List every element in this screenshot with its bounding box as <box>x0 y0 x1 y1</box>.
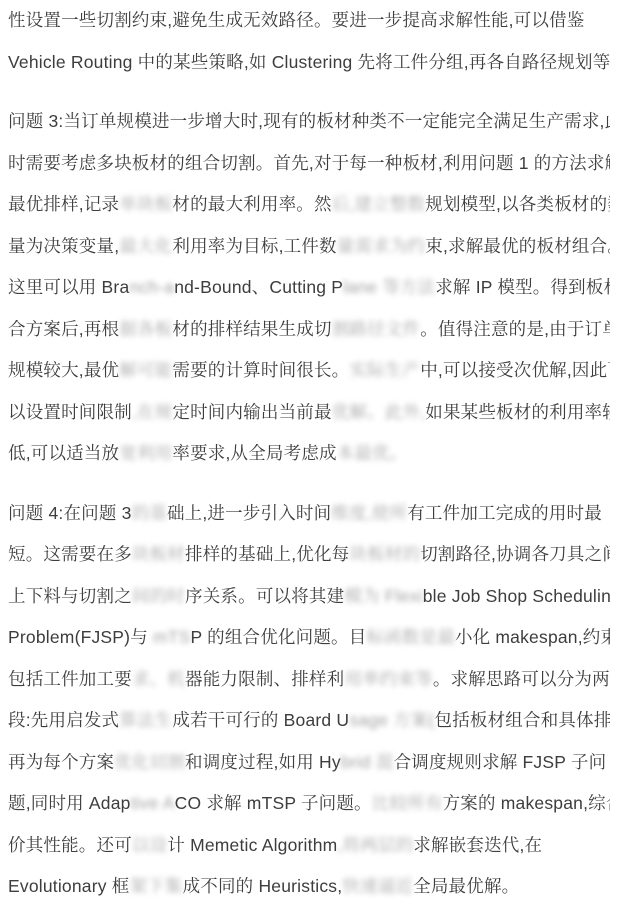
redacted-segment: ,将两层的 <box>337 835 413 855</box>
text-segment: 这里可以用 Bra <box>8 277 129 297</box>
redacted-segment: 算法生 <box>119 710 172 730</box>
text-segment: ble Job Shop Scheduling <box>423 586 610 606</box>
text-segment: 价其性能。还可 <box>8 835 132 855</box>
text-segment: 成若干可行的 Board U <box>172 710 349 730</box>
text-line: 短。这需要在多块板材排样的基础上,优化每块板材的切割路径,协调各刀具之间、 <box>8 534 610 576</box>
text-segment: 全局最优解。 <box>413 876 519 896</box>
text-segment: 础上,进一步引入时间 <box>167 503 331 523</box>
text-segment: 规模较大,最优 <box>8 360 119 380</box>
redacted-segment: 架下集 <box>129 876 182 896</box>
redacted-segment: 块板材的 <box>349 544 420 564</box>
text-segment: 合方案后,再根 <box>8 319 119 339</box>
text-segment: 性设置一些切割约束,避免生成无效路径。要进一步提高求解性能,可以借鉴 <box>8 10 585 30</box>
redacted-segment: 后,建立整数 <box>332 194 426 214</box>
text-segment: 中,可以接受次优解,因此可 <box>420 360 610 380</box>
redacted-segment: 模为 Flexi <box>344 586 422 606</box>
redacted-segment: sage 方案( <box>349 710 434 730</box>
text-segment: 低,可以适当放 <box>8 443 119 463</box>
text-segment: 问题 3:当订单规模进一步增大时,现有的板材种类不一定能完全满足生产需求,此 <box>8 111 610 131</box>
text-segment: 包括板材组合和具体排样); <box>435 710 611 730</box>
text-line: 低,可以适当放宽利用率要求,从全局考虑成本最优。 <box>8 433 610 475</box>
text-line: 以设置时间限制,在规定时间内输出当前最优解。此外,如果某些板材的利用率较 <box>8 392 610 434</box>
redacted-segment: 间的时 <box>132 586 185 606</box>
text-segment: 时需要考虑多块板材的组合切割。首先,对于每一种板材,利用问题 1 的方法求解 <box>8 153 610 173</box>
text-segment: 如果某些板材的利用率较 <box>425 402 610 422</box>
text-line: 合方案后,再根据各板材的排样结果生成切割路径文件。值得注意的是,由于订单 <box>8 309 610 351</box>
text-segment: 切割路径,协调各刀具之间、 <box>420 544 610 564</box>
text-line: Problem(FJSP)与 mTSP 的组合优化问题。目标函数是最小化 mak… <box>8 617 610 659</box>
redacted-segment: brid 混 <box>341 752 394 772</box>
redacted-segment: 以设 <box>132 835 167 855</box>
redacted-segment: 维度,使所 <box>331 503 407 523</box>
text-segment: Problem(FJSP)与 <box>8 627 148 647</box>
text-segment: 方案的 makespan,综合评 <box>443 793 610 813</box>
redacted-segment: 比较所有 <box>372 793 443 813</box>
text-segment: 以设置时间限制 <box>8 402 132 422</box>
text-segment: 序关系。可以将其建 <box>185 586 344 606</box>
text-segment: 规划模型,以各类板材的数 <box>425 194 610 214</box>
text-line: 量为决策变量,最大化利用率为目标,工件数量需求为约束,求解最优的板材组合。 <box>8 226 610 268</box>
text-segment: 材的最大利用率。然 <box>172 194 331 214</box>
redacted-segment: 快速逼近 <box>342 876 413 896</box>
redacted-segment: ,在规 <box>132 402 172 422</box>
text-line: 问题 3:当订单规模进一步增大时,现有的板材种类不一定能完全满足生产需求,此 <box>8 101 610 143</box>
redacted-segment: nch-a <box>129 277 174 297</box>
redacted-segment: lane 等方法 <box>343 277 435 297</box>
text-line: 问题 4:在问题 3的基础上,进一步引入时间维度,使所有工件加工完成的用时最 <box>8 493 610 535</box>
text-segment: 有工件加工完成的用时最 <box>407 503 602 523</box>
redacted-segment: 量需求为约 <box>337 236 426 256</box>
text-segment: 。求解思路可以分为两阶 <box>433 669 610 689</box>
redacted-segment: mTS <box>148 627 191 647</box>
text-segment: Evolutionary 框 <box>8 876 129 896</box>
redacted-segment: 块板材 <box>132 544 185 564</box>
text-segment: 排样的基础上,优化每 <box>185 544 349 564</box>
text-line: 规模较大,最优解可能需要的计算时间很长。实际生产中,可以接受次优解,因此可 <box>8 350 610 392</box>
redacted-segment: 割路径文件 <box>332 319 421 339</box>
text-segment: 再为每个方案 <box>8 752 114 772</box>
text-segment: 束,求解最优的板材组合。 <box>425 236 610 256</box>
redacted-segment: 单块板 <box>119 194 172 214</box>
text-line: Vehicle Routing 中的某些策略,如 Clustering 先将工件… <box>8 42 610 84</box>
text-segment: 和调度过程,如用 Hy <box>185 752 341 772</box>
text-line: 性设置一些切割约束,避免生成无效路径。要进一步提高求解性能,可以借鉴 <box>8 0 610 42</box>
document-text-body: 性设置一些切割约束,避免生成无效路径。要进一步提高求解性能,可以借鉴Vehicl… <box>0 0 630 908</box>
text-segment: 材的排样结果生成切 <box>172 319 331 339</box>
text-segment: CO 求解 mTSP 子问题。 <box>175 793 372 813</box>
text-segment: 计 Memetic Algorithm <box>167 835 337 855</box>
redacted-segment: 宽利用 <box>119 443 172 463</box>
paragraph: 问题 3:当订单规模进一步增大时,现有的板材种类不一定能完全满足生产需求,此时需… <box>8 101 610 475</box>
text-segment: Vehicle Routing 中的某些策略,如 Clustering 先将工件… <box>8 52 610 72</box>
text-segment: 题,同时用 Adap <box>8 793 131 813</box>
text-segment: 小化 makespan,约束条件 <box>455 627 610 647</box>
text-segment: 。值得注意的是,由于订单 <box>420 319 610 339</box>
redacted-segment: 优化切割 <box>114 752 185 772</box>
text-line: 再为每个方案优化切割和调度过程,如用 Hybrid 混合调度规则求解 FJSP … <box>8 742 610 784</box>
text-segment: 短。这需要在多 <box>8 544 132 564</box>
text-segment: 包括工件加工要 <box>8 669 132 689</box>
redacted-segment: 优解。此外, <box>332 402 426 422</box>
paragraph: 性设置一些切割约束,避免生成无效路径。要进一步提高求解性能,可以借鉴Vehicl… <box>8 0 610 83</box>
text-segment: 求解 IP 模型。得到板材组 <box>435 277 610 297</box>
redacted-segment: 标函数是最 <box>366 627 455 647</box>
redacted-segment: 本最优。 <box>337 443 408 463</box>
text-segment: 率要求,从全局考虑成 <box>172 443 336 463</box>
text-segment: 问题 4:在问题 3 <box>8 503 132 523</box>
redacted-segment: 的基 <box>132 503 167 523</box>
text-segment: 需要的计算时间很长。 <box>172 360 349 380</box>
text-segment: 上下料与切割之 <box>8 586 132 606</box>
text-line: 段:先用启发式算法生成若干可行的 Board Usage 方案(包括板材组合和具… <box>8 700 610 742</box>
redacted-segment: tive A <box>131 793 175 813</box>
text-line: 价其性能。还可以设计 Memetic Algorithm,将两层的求解嵌套迭代,… <box>8 825 610 867</box>
text-line: 题,同时用 Adaptive ACO 求解 mTSP 子问题。比较所有方案的 m… <box>8 783 610 825</box>
text-line: 这里可以用 Branch-and-Bound、Cutting Plane 等方法… <box>8 267 610 309</box>
redacted-segment: 据各板 <box>119 319 172 339</box>
text-line: 上下料与切割之间的时序关系。可以将其建模为 Flexible Job Shop … <box>8 576 610 618</box>
text-segment: 定时间内输出当前最 <box>172 402 331 422</box>
text-segment: 求解嵌套迭代,在 <box>413 835 542 855</box>
redacted-segment: 实际生产 <box>349 360 420 380</box>
text-segment: 最优排样,记录 <box>8 194 119 214</box>
text-segment: 器能力限制、排样利 <box>185 669 344 689</box>
paragraph: 问题 4:在问题 3的基础上,进一步引入时间维度,使所有工件加工完成的用时最短。… <box>8 493 610 908</box>
text-segment: 合调度规则求解 FJSP 子问 <box>394 752 607 772</box>
text-segment: 量为决策变量, <box>8 236 119 256</box>
text-segment: P 的组合优化问题。目 <box>191 627 367 647</box>
text-segment: nd-Bound、Cutting P <box>174 277 343 297</box>
text-line: Evolutionary 框架下集成不同的 Heuristics,快速逼近全局最… <box>8 866 610 908</box>
text-line: 最优排样,记录单块板材的最大利用率。然后,建立整数规划模型,以各类板材的数 <box>8 184 610 226</box>
text-line: 时需要考虑多块板材的组合切割。首先,对于每一种板材,利用问题 1 的方法求解 <box>8 143 610 185</box>
document-page: 性设置一些切割约束,避免生成无效路径。要进一步提高求解性能,可以借鉴Vehicl… <box>0 0 630 915</box>
redacted-segment: 用率约束等 <box>344 669 433 689</box>
redacted-segment: 求、机 <box>132 669 185 689</box>
redacted-segment: 最大化 <box>119 236 172 256</box>
redacted-segment: 解可能 <box>119 360 172 380</box>
text-segment: 段:先用启发式 <box>8 710 119 730</box>
text-line: 包括工件加工要求、机器能力限制、排样利用率约束等。求解思路可以分为两阶 <box>8 659 610 701</box>
text-segment: 利用率为目标,工件数 <box>172 236 336 256</box>
text-segment: 成不同的 Heuristics, <box>183 876 343 896</box>
